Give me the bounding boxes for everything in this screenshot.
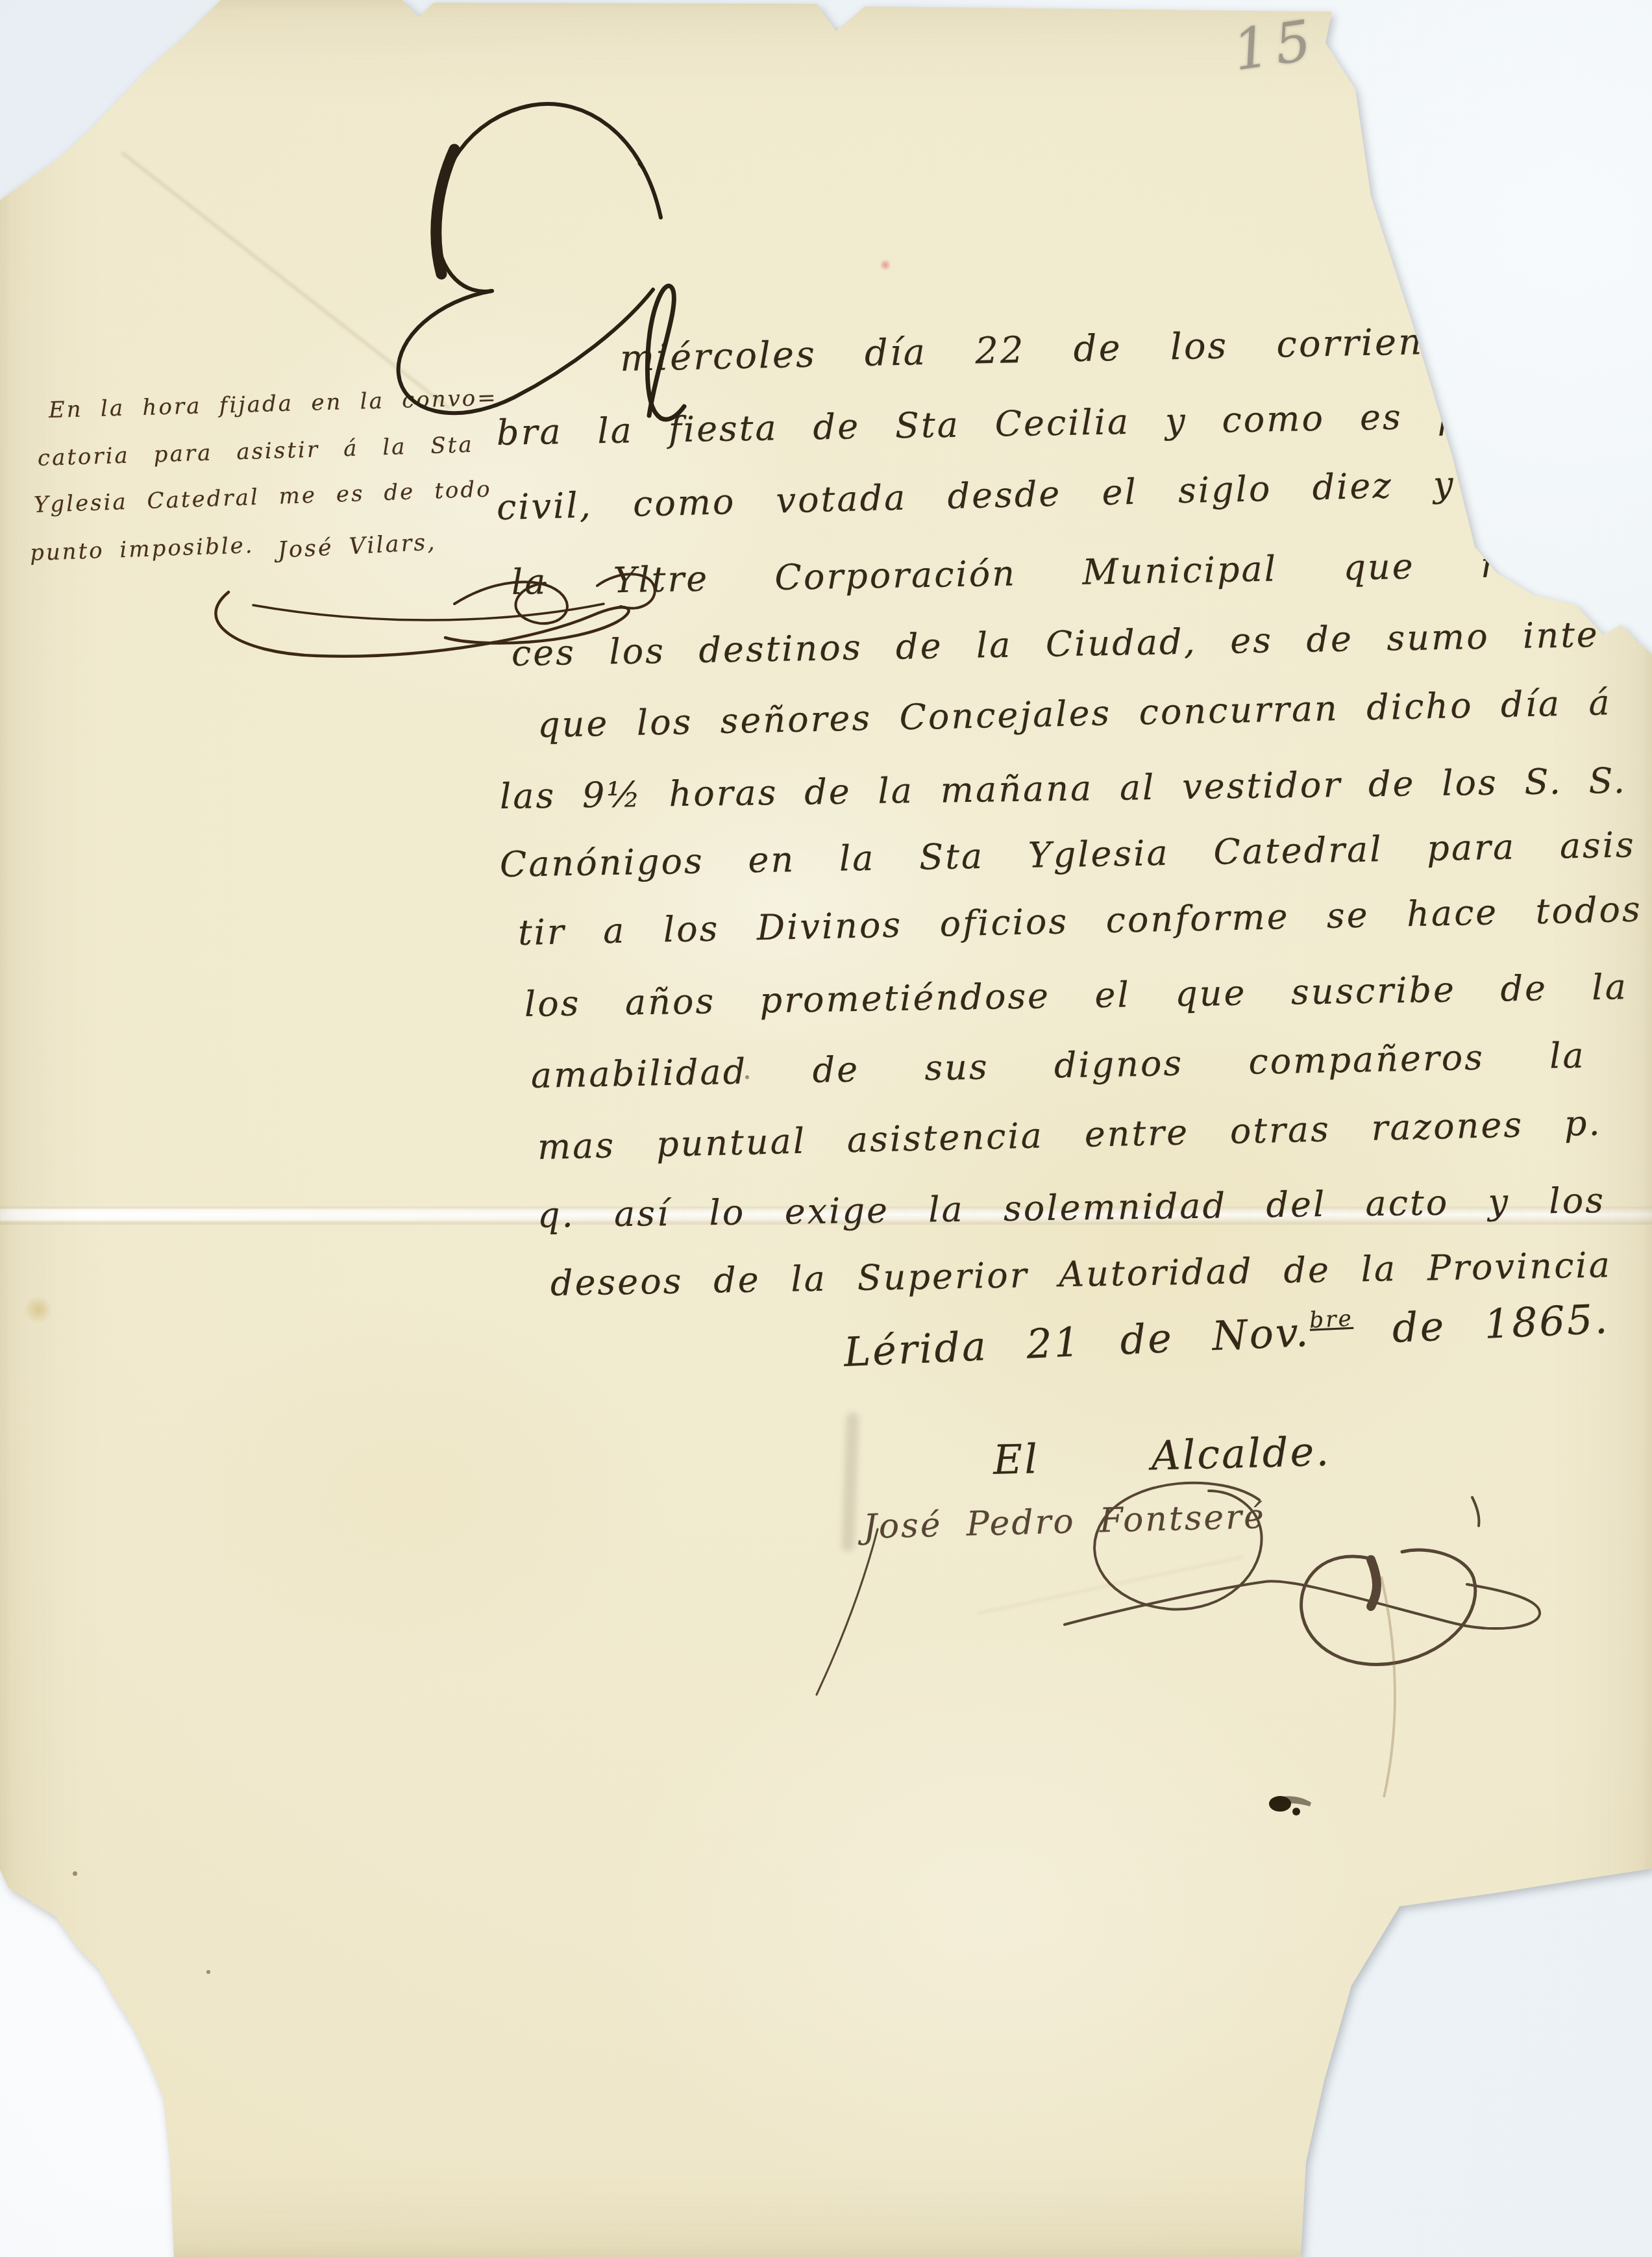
body-line: Canónigos en la Sta Yglesia Catedral par… bbox=[499, 824, 1636, 885]
body-line: las 9½ horas de la mañana al vestidor de… bbox=[500, 760, 1627, 817]
body-line: ces los destinos de la Ciudad, es de sum… bbox=[511, 614, 1599, 674]
margin-note-signature: José Vilars, bbox=[277, 527, 473, 564]
margin-note-line: Yglesia Catedral me es de todo bbox=[33, 476, 492, 518]
signature-name: José Pedro Fontseré bbox=[863, 1497, 1266, 1547]
dateline-suffix: de 1865. bbox=[1353, 1295, 1610, 1354]
body-line: mas puntual asistencia entre otras razon… bbox=[537, 1103, 1602, 1167]
dateline-prefix: Lérida 21 de Nov. bbox=[843, 1308, 1311, 1376]
body-line: los años prometiéndose el que suscribe d… bbox=[524, 966, 1629, 1025]
margin-note-line: catoria para asistir á la Sta bbox=[37, 432, 474, 471]
speck bbox=[206, 1970, 210, 1974]
ink-blot bbox=[1269, 1796, 1311, 1815]
body-line: que los señores Concejales concurran dic… bbox=[537, 682, 1612, 745]
signature-title: El Alcalde. bbox=[992, 1427, 1331, 1484]
pencil-number: 15 bbox=[1229, 7, 1322, 83]
stain bbox=[841, 1412, 859, 1552]
body-line: deseos de la Superior Autoridad de la Pr… bbox=[550, 1244, 1612, 1304]
margin-note-line: punto imposible. bbox=[29, 531, 290, 566]
margin-note-line: En la hora fijada en la convo= bbox=[48, 385, 498, 423]
dateline: Lérida 21 de Nov.bre de 1865. bbox=[843, 1295, 1610, 1376]
speck bbox=[73, 1871, 77, 1876]
body-line: bra la fiesta de Sta Cecilia y como es p… bbox=[496, 395, 1486, 453]
stain-arc bbox=[1381, 1577, 1395, 1797]
letter-paper: 15 En la hora fijada en la convo= catori… bbox=[0, 0, 1652, 2257]
body-line: civil, como votada desde el siglo diez y… bbox=[496, 462, 1538, 528]
stain bbox=[880, 258, 891, 271]
body-line: la Yltre Corporación Municipal que regía bbox=[511, 543, 1583, 603]
crease-line bbox=[976, 1556, 1243, 1614]
scanner-bed: 15 En la hora fijada en la convo= catori… bbox=[0, 0, 1652, 2257]
body-line: amabilidad de sus dignos compañeros la bbox=[530, 1035, 1586, 1096]
body-line: miércoles día 22 de los corriente bbox=[619, 320, 1464, 380]
body-line: q. así lo exige la solemnidad del acto y… bbox=[537, 1180, 1606, 1236]
crease-line bbox=[121, 151, 450, 409]
stain bbox=[23, 1296, 53, 1323]
dateline-superscript: bre bbox=[1309, 1306, 1353, 1334]
paper-sheet: 15 En la hora fijada en la convo= catori… bbox=[0, 0, 1652, 2257]
body-line: tir a los Divinos oficios conforme se ha… bbox=[517, 889, 1642, 953]
